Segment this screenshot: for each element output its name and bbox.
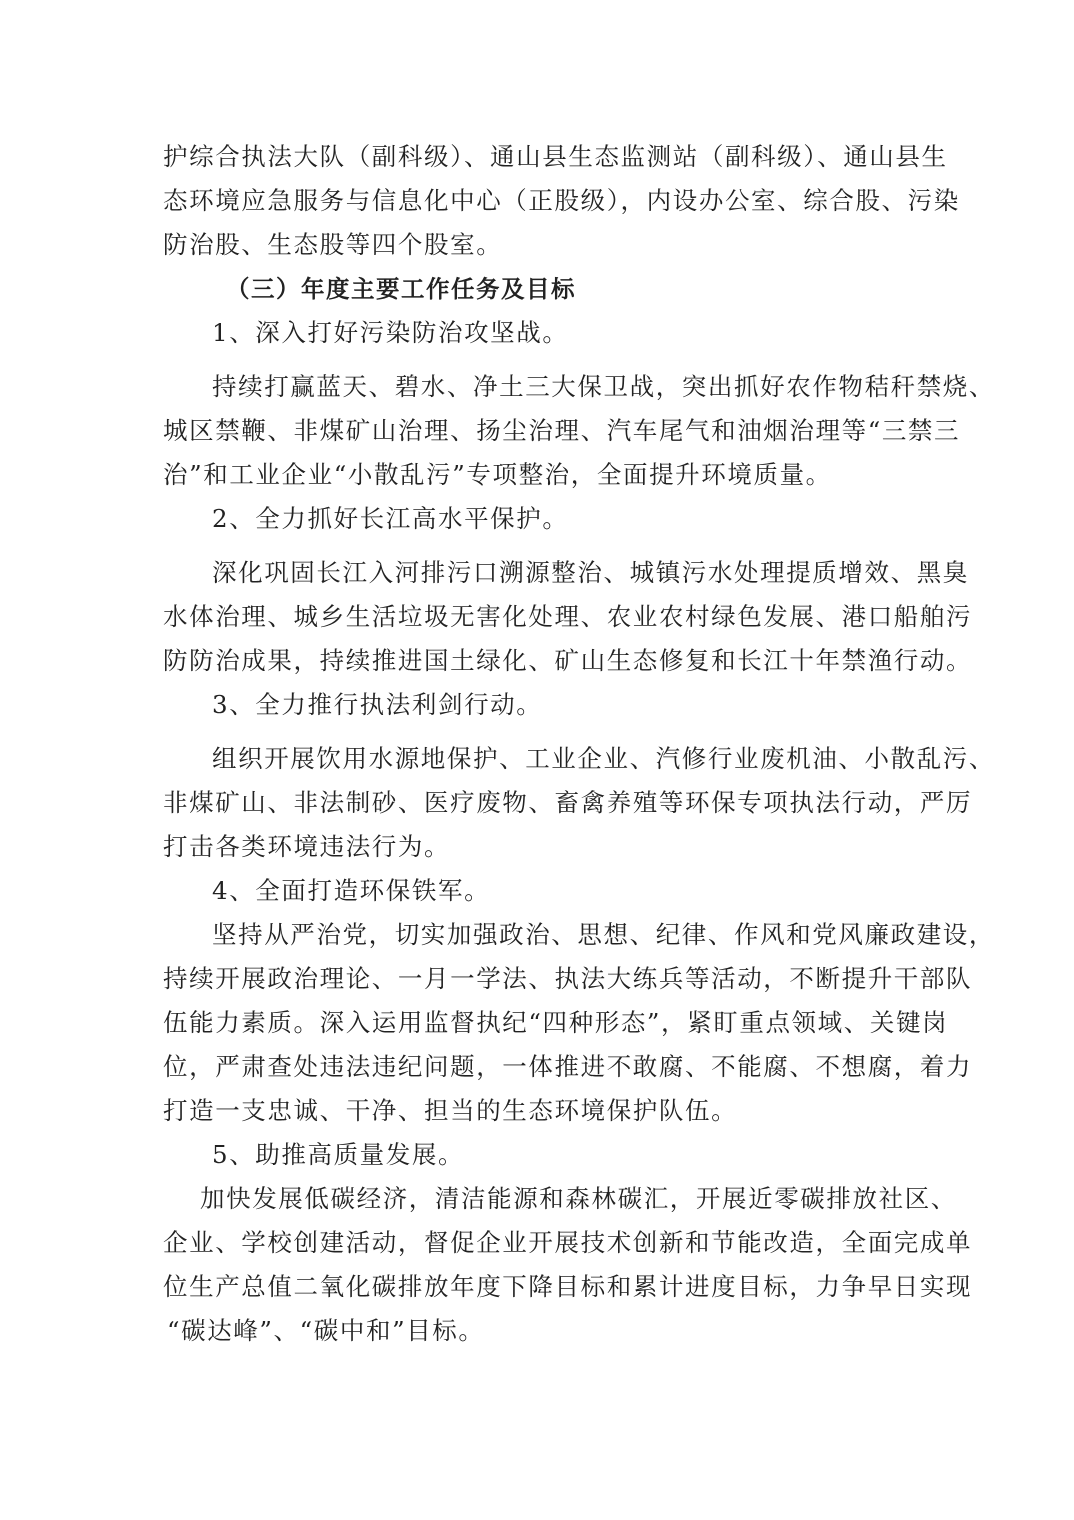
paragraph-line: 防治股、生态股等四个股室。: [163, 228, 502, 262]
paragraph-line: 持续开展政治理论、一月一学法、执法大练兵等活动，不断提升干部队: [163, 962, 972, 996]
paragraph-line: 伍能力素质。深入运用监督执纪“四种形态”，紧盯重点领域、关键岗: [163, 1006, 948, 1040]
paragraph-line: 非煤矿山、非法制砂、医疗废物、畜禽养殖等环保专项执法行动，严厉: [163, 786, 972, 820]
paragraph-line: 打造一支忠诚、干净、担当的生态环境保护队伍。: [163, 1094, 737, 1128]
item-title-5: 5、助推高质量发展。: [212, 1138, 464, 1172]
paragraph-line: 持续打赢蓝天、碧水、净土三大保卫战，突出抓好农作物秸秆禁烧、: [212, 370, 995, 404]
paragraph-line: 打击各类环境违法行为。: [163, 830, 450, 864]
paragraph-line: 防防治成果，持续推进国土绿化、矿山生态修复和长江十年禁渔行动。: [163, 644, 972, 678]
paragraph-line: 深化巩固长江入河排污口溯源整治、城镇污水处理提质增效、黑臭: [212, 556, 969, 590]
section-heading: （三）年度主要工作任务及目标: [226, 272, 576, 306]
paragraph-line: 位，严肃查处违法违纪问题，一体推进不敢腐、不能腐、不想腐，着力: [163, 1050, 972, 1084]
paragraph-line: 水体治理、城乡生活垃圾无害化处理、农业农村绿色发展、港口船舶污: [163, 600, 972, 634]
item-title-2: 2、全力抓好长江高水平保护。: [212, 502, 569, 536]
item-title-3: 3、全力推行执法利剑行动。: [212, 688, 542, 722]
paragraph-line: 城区禁鞭、非煤矿山治理、扬尘治理、汽车尾气和油烟治理等“三禁三: [163, 414, 960, 448]
item-title-4: 4、全面打造环保铁军。: [212, 874, 490, 908]
paragraph-line: 护综合执法大队（副科级）、通山县生态监测站（副科级）、通山县生: [163, 140, 948, 174]
paragraph-line: “碳达峰”、“碳中和”目标。: [167, 1314, 485, 1348]
paragraph-line: 态环境应急服务与信息化中心（正股级），内设办公室、综合股、污染: [163, 184, 960, 218]
paragraph-line: 位生产总值二氧化碳排放年度下降目标和累计进度目标，力争早日实现: [163, 1270, 972, 1304]
paragraph-line: 组织开展饮用水源地保护、工业企业、汽修行业废机油、小散乱污、: [212, 742, 995, 776]
item-title-1: 1、深入打好污染防治攻坚战。: [212, 316, 569, 350]
paragraph-line: 治”和工业企业“小散乱污”专项整治，全面提升环境质量。: [163, 458, 832, 492]
paragraph-line: 加快发展低碳经济，清洁能源和森林碳汇，开展近零碳排放社区、: [200, 1182, 957, 1216]
paragraph-line: 企业、学校创建活动，督促企业开展技术创新和节能改造，全面完成单: [163, 1226, 972, 1260]
paragraph-line: 坚持从严治党，切实加强政治、思想、纪律、作风和党风廉政建设，: [212, 918, 995, 952]
